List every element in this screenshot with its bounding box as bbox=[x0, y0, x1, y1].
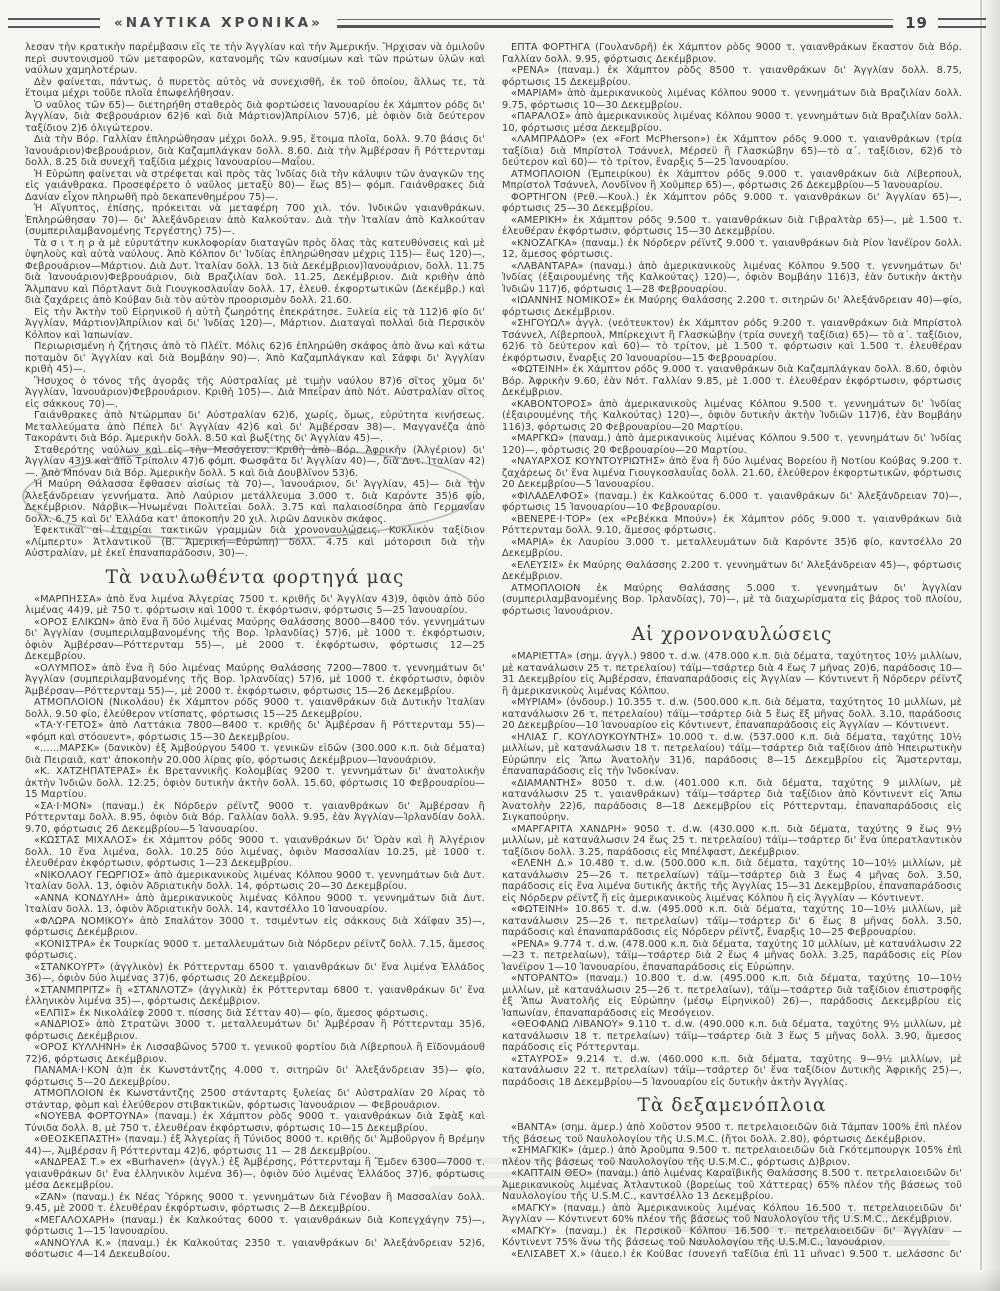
fixture-entry: «ΟΡΟΣ ΕΛΙΚΩΝ» ἀπὸ ἕνα ἢ δύο λιμένας Μαύρ… bbox=[25, 617, 485, 663]
time-charter-entry: «ΦΩΤΕΙΝΗ» 10.865 τ. d.w. (495.000 κ.π. δ… bbox=[502, 904, 962, 939]
fixture-entry: «ΡΕΝΑ» (παναμ.) ἐκ Χάμπτον ρὸδς 8500 τ. … bbox=[502, 65, 962, 88]
market-report-paragraph: Σταθερότης ναύλων καὶ εἰς τὴν Μεσόγειον.… bbox=[25, 445, 485, 480]
tanker-entry: «ΜΑΓΚΥ» (παναμ.) ἀπὸ Ἀμερικανικοὺς λιμέν… bbox=[502, 1203, 962, 1226]
fixture-entry: «ΣΗΓΟΥΩΛ» ἀγγλ. (νεότευκτον) ἐκ Χάμπτον … bbox=[502, 318, 962, 364]
fixture-entry: ΦΟΡΤΗΓΟΝ (Ρεθ.—Κουλ.) ἐκ Χάμπτον ρόδς 9.… bbox=[502, 192, 962, 215]
two-column-body: λεσαν τὴν κρατικὴν παρέμβασιν εἴς τε τὴν… bbox=[25, 42, 963, 1257]
fixture-entry: «ΜΑΡΙΑΜ» ἀπὸ ἀμερικανικοὺς λιμένας Κόλπο… bbox=[502, 88, 962, 111]
header-rule-center bbox=[337, 19, 893, 28]
freight-market-report: λεσαν τὴν κρατικὴν παρέμβασιν εἴς τε τὴν… bbox=[25, 42, 485, 560]
fixture-entry: «ΘΕΟΣΚΕΠΑΣΤΗ» (παναμ.) ἐξ Ἀλγερίας ἢ Τύν… bbox=[25, 1134, 485, 1157]
masthead-title: «ΝΑΥΤΙΚΑ ΧΡΟΝΙΚΑ» bbox=[100, 15, 337, 31]
fixture-entry: «ΠΑΡΑΛΟΣ» ἀπὸ ἀμερικανικοὺς λιμένας Κόλπ… bbox=[502, 111, 962, 134]
market-report-paragraph: Διὰ τὴν Βόρ. Γαλλίαν ἐπληρώθησαν μέχρι δ… bbox=[25, 134, 485, 169]
section-title-tankers: Τὰ δεξαμενόπλοια bbox=[502, 1095, 962, 1117]
fixture-entry: ΑΤΜΟΠΛΟΙΟΝ ἐκ Κωνστάντζης 2500 στάνταρτς… bbox=[25, 1088, 485, 1111]
tanker-entry: «ΣΗΜΑΓΚΙΚ» (ἀμερ.) ἀπὸ Ἀροῦμπα 9.500 τ. … bbox=[502, 1145, 962, 1168]
fixture-entry: «ΚΩΣΤΑΣ ΜΙΧΑΛΟΣ» ἐκ Χάμπτον ρόδς 9000 τ.… bbox=[25, 835, 485, 870]
time-charter-entry: «ΗΛΙΑΣ Γ. ΚΟΥΛΟΥΚΟΥΝΤΗΣ» 10.000 τ. d.w. … bbox=[502, 732, 962, 778]
page-number: 19 bbox=[905, 14, 938, 32]
section-title-chartered-ships: Τὰ ναυλωθέντα φορτηγά μας bbox=[25, 567, 485, 589]
fixture-entry: «ΚΝΟΖΑΓΚΑ» (παναμ.) ἐκ Νόρδερν ρέϊντζ 9.… bbox=[502, 238, 962, 261]
page-header: «ΝΑΥΤΙΚΑ ΧΡΟΝΙΚΑ» 19 bbox=[8, 14, 986, 32]
fixture-entry: «ΤΑ·Υ·ΓΕΤΟΣ» ἀπὸ Λαττάκια 7800—8400 τ. κ… bbox=[25, 720, 485, 743]
fixture-entry: «ΦΙΛΑΔΕΛΦΟΣ» (παναμ.) ἐκ Καλκούτας 6.000… bbox=[502, 491, 962, 514]
time-charter-entry: «ΜΥΡΙΑΜ» (ὀνδουρ.) 10.355 τ. d.w. (500.0… bbox=[502, 697, 962, 732]
time-charter-entry: «ΝΤΟΡΑΝΤΟ» (παναμ.) 10.800 τ. d.w. (495.… bbox=[502, 973, 962, 1019]
fixture-entry: «ΜΕΓΑΛΟΧΑΡΗ» (παναμ.) ἐκ Καλκούτας 6000 … bbox=[25, 1215, 485, 1238]
fixture-entry: «ΜΑΡΓΚΩ» (παναμ.) ἀπὸ ἀμερικανικοὺς λιμέ… bbox=[502, 433, 962, 456]
tanker-entry: «ΕΛΙΣΑΒΕΤ Χ.» (ἀμερ.) ἐκ Κούβας (συνεχῆ … bbox=[502, 1249, 962, 1258]
fixture-entry: «ΦΛΩΡΑ ΝΟΜΙΚΟΥ» ἀπὸ Σπαλάτον 3000 τ. τσι… bbox=[25, 916, 485, 939]
fixture-entry: «......ΜΑΡΣΚ» (δανικὸν) ἐξ Ἀμβούργου 540… bbox=[25, 743, 485, 766]
tanker-entry: «ΒΑΝΤΑ» (σημ. ἀμερ.) ἀπὸ Χοῦστον 9500 τ.… bbox=[502, 1122, 962, 1145]
fixture-entry: «ΜΑΡΠΗΣΣΑ» ἀπὸ ἕνα λιμένα Ἀλγερίας 7500 … bbox=[25, 594, 485, 617]
fixture-entry: «ΑΝΝΟΥΛΑ Κ.» (παναμ.) ἐκ Καλκούτας 2350 … bbox=[25, 1238, 485, 1258]
time-charter-entry: «ΜΑΡΓΑΡΙΤΑ ΧΑΝΔΡΗ» 9050 τ. d.w. (430.000… bbox=[502, 824, 962, 859]
right-column: ΕΠΤΑ ΦΟΡΤΗΓΑ (Γουλανδρῆ) ἐκ Χάμπτον ρὸδς… bbox=[502, 42, 962, 1257]
tankers-list: «ΒΑΝΤΑ» (σημ. ἀμερ.) ἀπὸ Χοῦστον 9500 τ.… bbox=[502, 1122, 962, 1257]
fixture-entry: «ΛΑΒΑΝΤΑΡΑ» (παναμ.) ἀπὸ ἀμερικανικοὺς λ… bbox=[502, 261, 962, 296]
header-rule-right bbox=[938, 18, 986, 28]
fixture-entry: ΑΤΜΟΠΛΟΙΟΝ (Νικολάου) ἐκ Χάμπτον ρόδς 90… bbox=[25, 697, 485, 720]
fixture-entry: «ΝΙΚΟΛΑΟΥ ΓΕΩΡΓΙΟΣ» ἀπὸ ἀμερικανικοὺς λι… bbox=[25, 870, 485, 893]
market-report-paragraph: Εἰς τὴν Ἀκτὴν τοῦ Εἰρηνικοῦ ἡ αὐτὴ ζωηρό… bbox=[25, 307, 485, 342]
fixture-entry: ΕΠΤΑ ΦΟΡΤΗΓΑ (Γουλανδρῆ) ἐκ Χάμπτον ρὸδς… bbox=[502, 42, 962, 65]
market-report-paragraph: Ἥσυχος ὁ τόνος τῆς ἀγορᾶς τῆς Αὐστραλίας… bbox=[25, 376, 485, 411]
left-column: λεσαν τὴν κρατικὴν παρέμβασιν εἴς τε τὴν… bbox=[25, 42, 485, 1257]
time-charter-entry: «ΔΙΑΜΑΝΤΗΣ» 8050 τ. d.w. (401.000 κ.π. δ… bbox=[502, 778, 962, 824]
fixture-entry: ΠΑΝΑΜΑ·Ι·ΚΟΝ ἀ)π ἐκ Κωνστάντζης 4.000 τ.… bbox=[25, 1065, 485, 1088]
fixture-entry: «ΟΛΥΜΠΟΣ» ἀπὸ ἕνα ἢ δύο λιμένας Μαύρης Θ… bbox=[25, 663, 485, 698]
tanker-entry: «ΚΑΠΤΑΙΝ ΘΕΟ» (παναμ.) ἀπὸ λιμένας Καραϊ… bbox=[502, 1168, 962, 1203]
fixtures-continued-list: ΕΠΤΑ ΦΟΡΤΗΓΑ (Γουλανδρῆ) ἐκ Χάμπτον ρὸδς… bbox=[502, 42, 962, 617]
fixture-entry: «ΕΛΕΥΣΙΣ» ἐκ Μαύρης Θαλάσσης 2.200 τ. γε… bbox=[502, 560, 962, 583]
fixture-entry: «ΚΟΝΙΣΤΡΑ» ἐκ Τουρκίας 9000 τ. μεταλλευμ… bbox=[25, 939, 485, 962]
market-report-paragraph: Ὁ ναῦλος τῶν 65)— διετηρήθη σταθερὸς διὰ… bbox=[25, 100, 485, 135]
fixture-entry: ΑΤΜΟΠΛΟΙΟΝ (Ἐμπειρίκου) ἐκ Χάμπτον ρόδς … bbox=[502, 169, 962, 192]
time-charter-entry: «ΕΛΕΝΗ Δ.» 10.480 τ. d.w. (500.000 κ.π. … bbox=[502, 858, 962, 904]
fixture-entry: «ΑΜΕΡΙΚΗ» ἐκ Χάμπτον ρόδς 9.500 τ. γαιαν… bbox=[502, 215, 962, 238]
time-charter-entry: «ΜΑΡΙΕΤΤΑ» (σημ. ἀγγλ.) 9800 τ. d.w. (47… bbox=[502, 651, 962, 697]
fixture-entry: «ΒΕΝΕΡΕ·Ι·ΤΟΡ» (ex «Ρεβέκκα Μπούν») ἐκ Χ… bbox=[502, 514, 962, 537]
time-charter-entry: «ΣΤΑΥΡΟΣ» 9.214 τ. d.w. (460.000 κ.π. δι… bbox=[502, 1054, 962, 1089]
fixture-entry: «ΑΝΝΑ ΚΟΝΔΥΛΗ» ἀπὸ ἀμερικανικοὺς λιμένας… bbox=[25, 893, 485, 916]
fixture-entry: «ΚΑΒΟΝΤΟΡΟΣ» ἀπὸ ἀμερικανικοὺς λιμένας Κ… bbox=[502, 399, 962, 434]
time-charter-entry: «ΡΕΝΑ» 9.774 τ. d.w. (478.000 κ.π. διὰ δ… bbox=[502, 939, 962, 974]
fixture-entry: «ΦΩΤΕΙΝΗ» ἐκ Χάμπτον ρόδς 9.000 τ. γαιαν… bbox=[502, 364, 962, 399]
fixture-entry: «ΟΡΟΣ ΚΥΛΛΗΝΗ» ἐκ Λισσαβῶνος 5700 τ. γεν… bbox=[25, 1042, 485, 1065]
page-bottom-shadow bbox=[0, 1269, 1000, 1291]
fixture-entry: «ΣΤΑΝΜΠΡΙΤΖ» ἢ «ΣΤΑΝΛΟΤΖ» (ἀγγλικὰ) ἐκ Ρ… bbox=[25, 985, 485, 1008]
fixture-entry: «ΣΑ·Ι·ΜΟΝ» (παναμ.) ἐκ Νόρδερν ρέϊντζ 90… bbox=[25, 801, 485, 836]
market-report-paragraph: Δὲν φαίνεται, πάντως, ὁ πυρετὸς αὐτὸς νὰ… bbox=[25, 77, 485, 100]
market-report-paragraph: Ἡ Αἴγυπτος, ἐπίσης, πρόκειται νὰ μεταφέρ… bbox=[25, 203, 485, 238]
market-report-paragraph: Γαιάνθρακες ἀπὸ Ντώρμπαν δι' Αὐστραλίαν … bbox=[25, 410, 485, 445]
market-report-paragraph: Τὰ σ ι τ η ρ ὰ μὲ εὐρυτάτην κυκλοφορίαν … bbox=[25, 238, 485, 307]
newspaper-page: «ΝΑΥΤΙΚΑ ΧΡΟΝΙΚΑ» 19 λεσαν τὴν κρατικὴν … bbox=[0, 0, 1000, 1291]
fixture-entry: «ΕΛΠΙΣ» ἐκ Νικολάϊεφ 2000 τ. πίσσης διὰ … bbox=[25, 1008, 485, 1020]
fixture-entry: «ΙΩΑΝΝΗΣ ΝΟΜΙΚΟΣ» ἐκ Μαύρης Θαλάσσης 2.2… bbox=[502, 295, 962, 318]
fixture-entry: «ΑΝΔΡΙΟΣ» ἀπὸ Στρατῶνι 3000 τ. μεταλλευμ… bbox=[25, 1019, 485, 1042]
fixture-entry: «Κ. ΧΑΤΖΗΠΑΤΕΡΑΣ» ἐκ Βρεταννικῆς Κολομβί… bbox=[25, 766, 485, 801]
fixture-entry: «ΖΑΝ» (παναμ.) ἐκ Νέας Ὑόρκης 9000 τ. γε… bbox=[25, 1192, 485, 1215]
header-rule-left bbox=[8, 18, 100, 28]
fixture-entry: ΑΤΜΟΠΛΟΙΟΝ ἐκ Μαύρης Θαλάσσης 5.000 τ. γ… bbox=[502, 583, 962, 618]
fixture-entry: «ΣΤΑΝΚΟΥΡΤ» (ἀγγλικὸν) ἐκ Ρόττερνταμ 650… bbox=[25, 962, 485, 985]
market-report-paragraph: Περιωρισμένη ἡ ζήτησις ἀπὸ τὸ Πλέϊτ. Μόλ… bbox=[25, 341, 485, 376]
time-charter-entry: «ΘΕΟΦΑΝΩ ΛΙΒΑΝΟΥ» 9.110 τ. d.w. (490.000… bbox=[502, 1019, 962, 1054]
market-report-paragraph: Ἡ Μαύρη Θάλασσα ἔφθασεν αἰσίως τὰ 70)—, … bbox=[25, 479, 485, 525]
market-report-paragraph: Ἐφεκτικαὶ αἱ ἑταιρίαι τακτικῶν γραμμῶν δ… bbox=[25, 525, 485, 560]
tanker-entry: «ΜΑΓΚΥ» (παναμ.) ἐκ Περσικοῦ Κόλπου 16.5… bbox=[502, 1226, 962, 1249]
section-title-time-charters: Αἱ χρονοναυλώσεις bbox=[502, 624, 962, 646]
fixture-entry: «ΑΝΔΡΕΑΣ Τ.» ex «Burhaven» (ἀγγλ.) ἐξ Ἀμ… bbox=[25, 1157, 485, 1192]
fixture-entry: «ΝΑΥΑΡΧΟΣ ΚΟΥΝΤΟΥΡΙΩΤΗΣ» ἀπὸ ἕνα ἢ δύο λ… bbox=[502, 456, 962, 491]
market-report-paragraph: λεσαν τὴν κρατικὴν παρέμβασιν εἴς τε τὴν… bbox=[25, 42, 485, 77]
fixture-entry: «ΛΑΜΠΡΑΔΟΡ» (ex «Fort McPherson») ἐκ Χάμ… bbox=[502, 134, 962, 169]
fixture-entry: «ΜΑΡΙΑ» ἐκ Λαυρίου 3.000 τ. μεταλλευμάτω… bbox=[502, 537, 962, 560]
page-edge-shadow bbox=[982, 0, 1000, 1291]
fixture-entry: «ΝΟΥΕΒΑ ΦΟΡΤΟΥΝΑ» (παναμ.) ἐκ Χάμπτον ρὸ… bbox=[25, 1111, 485, 1134]
chartered-ships-list: «ΜΑΡΠΗΣΣΑ» ἀπὸ ἕνα λιμένα Ἀλγερίας 7500 … bbox=[25, 594, 485, 1258]
time-charters-list: «ΜΑΡΙΕΤΤΑ» (σημ. ἀγγλ.) 9800 τ. d.w. (47… bbox=[502, 651, 962, 1088]
market-report-paragraph: Ἡ Εὐρώπη φαίνεται νὰ στρέφεται καὶ πρὸς … bbox=[25, 169, 485, 204]
